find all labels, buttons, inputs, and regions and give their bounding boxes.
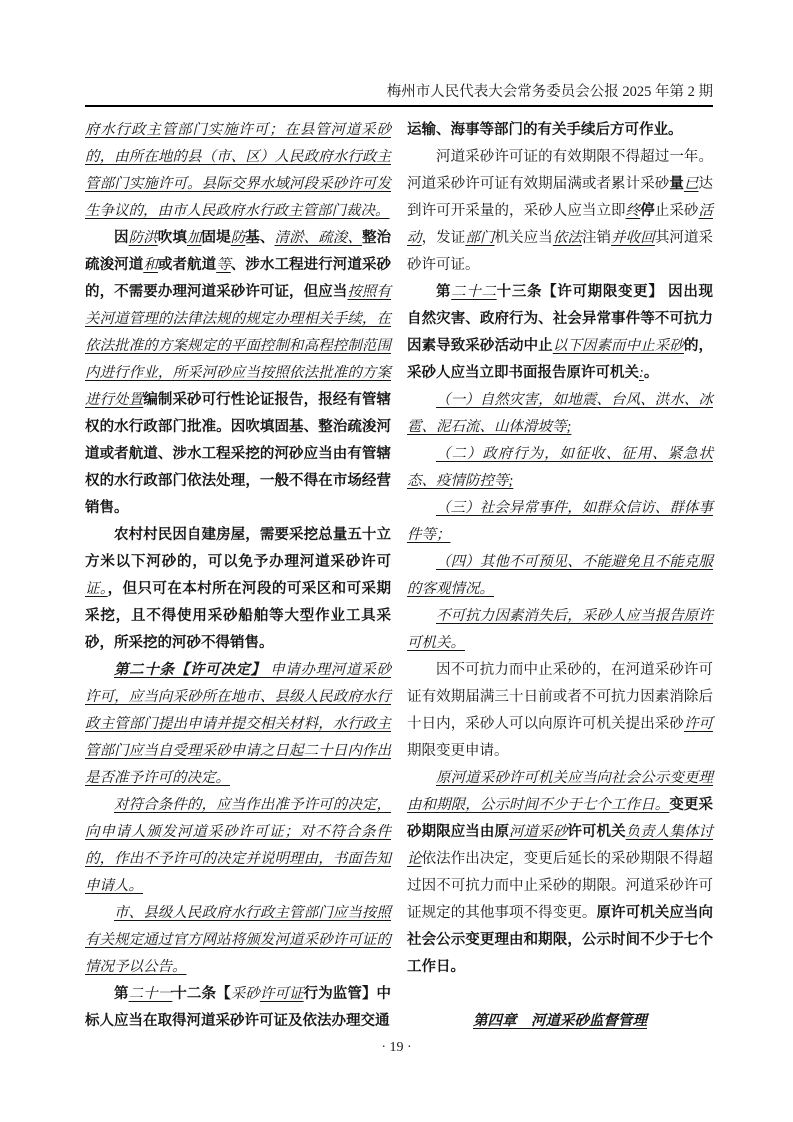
text-run: 申请办理河道采砂许可，应当向采砂所在地市、县级人民政府水行政主管部门提出申请并提… [85,662,391,786]
text-run: 量 [669,176,684,192]
text-run: 许可证 [260,986,304,1002]
text-run: 加 [187,230,202,246]
paragraph: （一）自然灾害，如地震、台风、洪水、冰雹、泥石流、山体滑坡等; [407,387,713,441]
text-run: （三）社会异常事件，如群众信访、群体事件等； [407,500,713,543]
text-run: 防洪 [129,230,158,246]
text-run: 吹填 [158,230,187,246]
page-header: 梅州市人民代表大会常务委员会公报 2025 年第 2 期 [85,80,713,101]
text-run: 。 [644,365,659,381]
text-run: 河道采砂 [509,824,567,840]
text-run: ，但只可在本村所在河段的可采区和可采期采挖，且不得使用采砂船舶等大型作业工具采砂… [85,581,391,651]
text-run: 采砂 [231,986,260,1002]
left-column: 府水行政主管部门实施许可；在县管河道采砂的，由所在地的县（市、区）人民政府水行政… [85,117,391,1035]
chapter-heading: 第四章 河道采砂监督管理 [407,1008,713,1035]
paragraph: 河道采砂许可证的有效期限不得超过一年。河道采砂许可证有效期届满或者累计采砂量已达… [407,144,713,279]
text-run: 期限变更申请。 [407,743,509,759]
text-run: （一）自然灾害，如地震、台风、洪水、冰雹、泥石流、山体滑坡等; [407,392,713,435]
paragraph: 因防洪吹填加固堤防基、清淤、疏浚、整治疏浚河道和或者航道等、涉水工程进行河道采砂… [85,225,391,522]
text-run: 依法 [553,230,582,246]
text-run: 或者航道 [158,257,216,273]
text-run: 终 [626,203,641,219]
text-run: 固堤 [202,230,231,246]
paragraph: （四）其他不可预见、不能避免且不能克服的客观情况。 [407,549,713,603]
paragraph: 原河道采砂许可机关应当向社会公示变更理由和期限，公示时间不少于七个工作日。变更采… [407,765,713,981]
paragraph: 不可抗力因素消失后，采砂人应当报告原许可机关。 [407,603,713,657]
paragraph: 府水行政主管部门实施许可；在县管河道采砂的，由所在地的县（市、区）人民政府水行政… [85,117,391,225]
text-run: 第二十条【许可决定】 [114,662,266,678]
text-run: 机关应当 [494,230,552,246]
paragraph: 第二十条【许可决定】 申请办理河道采砂许可，应当向采砂所在地市、县级人民政府水行… [85,657,391,792]
text-run: 因 [114,230,129,246]
text-run: ，发证 [422,230,466,246]
text-run: 行为监管】 [304,986,377,1002]
text-run: 停 [640,203,655,219]
page-footer: · 19 · [0,1040,793,1056]
text-run: 市、县级人民政府水行政主管部门应当按照有关规定通过官方网站将颁发河道采砂许可证的… [85,905,391,975]
text-run: 防 [231,230,246,246]
text-run: 二十二 [451,284,497,300]
text-run: 第 [114,986,129,1002]
text-run: 按照有关河道管理的法律法规的规定办理相关手续，在依法批准的方案规定的平面控制和高… [85,284,391,408]
text-run: 原河道采砂许可机关应当向社会公示变更理由和期限，公示时间不少于七个工作日。 [407,770,713,813]
header-title: 梅州市人民代表大会常务委员会公报 2025 年第 2 期 [387,84,713,100]
paragraph: 市、县级人民政府水行政主管部门应当按照有关规定通过官方网站将颁发河道采砂许可证的… [85,900,391,981]
paragraph: 第二十二十三条【许可期限变更】 因出现自然灾害、政府行为、社会异常事件等不可抗力… [407,279,713,387]
paragraph: 因不可抗力而中止采砂的，在河道采砂许可证有效期届满三十日前或者不可抗力因素消除后… [407,657,713,765]
text-run: 许可 [684,716,713,732]
text-run: 证。 [85,581,108,597]
text-run: 以下因素而中止采砂 [553,338,684,354]
text-run: 许可机关 [567,824,625,840]
text-run: 注销 [582,230,611,246]
text-run: （四）其他不可预见、不能避免且不能克服的客观情况。 [407,554,713,597]
text-run: 农村村民因自建房屋，需要采挖总量五十立方米以下河砂的，可以免予办理河道采砂许可 [85,527,391,570]
text-run: 第四章 河道采砂监督管理 [473,1013,647,1029]
text-run: 和 [143,257,158,273]
text-run: 第 [436,284,451,300]
text-run: 清淤、疏浚、 [274,230,362,246]
page-number: · 19 · [381,1040,411,1055]
text-run: 因不可抗力而中止采砂的，在河道采砂许可证有效期届满三十日前或者不可抗力因素消除后… [407,662,713,732]
paragraph: 农村村民因自建房屋，需要采挖总量五十立方米以下河砂的，可以免予办理河道采砂许可证… [85,522,391,657]
text-run: 对符合条件的，应当作出准予许可的决定，向申请人颁发河道采砂许可证；对不符合条件的… [85,797,391,894]
text-run: （二）政府行为，如征收、征用、紧急状态、疫情防控等; [407,446,713,489]
text-run: 河道采砂许可证的有效期限不得超过一年。河道采砂许可证有效期届满或者累计采砂 [407,149,713,192]
paragraph: 对符合条件的，应当作出准予许可的决定，向申请人颁发河道采砂许可证；对不符合条件的… [85,792,391,900]
text-columns: 府水行政主管部门实施许可；在县管河道采砂的，由所在地的县（市、区）人民政府水行政… [85,117,713,1035]
text-run: 等 [216,257,231,273]
text-run: 已 [684,176,699,192]
paragraph: （三）社会异常事件，如群众信访、群体事件等； [407,495,713,549]
right-column: 运输、海事等部门的有关手续后方可作业。河道采砂许可证的有效期限不得超过一年。河道… [407,117,713,1035]
text-run: 不可抗力因素消失后，采砂人应当报告原许可机关。 [407,608,713,651]
text-run: 运输、海事等部门的有关手续后方可作业。 [407,122,683,138]
text-run: 止采砂 [655,203,699,219]
text-run: 并收回 [611,230,655,246]
text-run: 基、 [245,230,274,246]
text-run: 府水行政主管部门实施许可；在县管河道采砂的，由所在地的县（市、区）人民政府水行政… [85,122,391,219]
document-page: 梅州市人民代表大会常务委员会公报 2025 年第 2 期 府水行政主管部门实施许… [0,0,793,1122]
paragraph: 第二十一十二条【采砂许可证行为监管】中标人应当在取得河道采砂许可证及依法办理交通 [85,981,391,1035]
header-rule [85,105,713,107]
text-run: 编制采砂可行性论证报告，报经有管辖权的水行政部门批准。因吹填固基、整治疏浚河道或… [85,392,391,516]
text-run: 部门 [465,230,494,246]
paragraph: 运输、海事等部门的有关手续后方可作业。 [407,117,713,144]
paragraph: （二）政府行为，如征收、征用、紧急状态、疫情防控等; [407,441,713,495]
text-run: 十二条【 [172,986,230,1002]
text-run: 二十一 [129,986,173,1002]
